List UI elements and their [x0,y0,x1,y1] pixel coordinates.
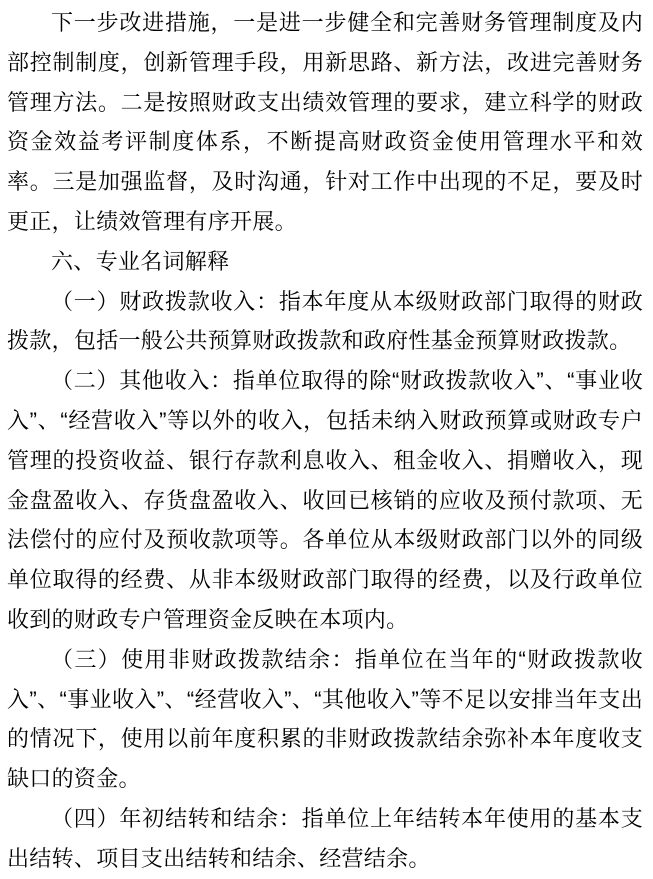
paragraph-term-other-income: （二）其他收入：指单位取得的除“财政拨款收入”、“事业收入”、“经营收入”等以外… [7,361,643,640]
paragraph-term-non-fiscal-balance-usage: （三）使用非财政拨款结余：指单位在当年的“财政拨款收入”、“事业收入”、“经营收… [7,640,643,799]
document-page: 下一步改进措施，一是进一步健全和完善财务管理制度及内部控制制度，创新管理手段，用… [0,0,653,879]
section-heading-glossary: 六、专业名词解释 [7,242,643,282]
paragraph-improvement-measures: 下一步改进措施，一是进一步健全和完善财务管理制度及内部控制制度，创新管理手段，用… [7,3,643,242]
paragraph-term-beginning-year-carryover: （四）年初结转和结余：指单位上年结转本年使用的基本支出结转、项目支出结转和结余、… [7,799,643,879]
paragraph-term-fiscal-appropriation-income: （一）财政拨款收入：指本年度从本级财政部门取得的财政拨款，包括一般公共预算财政拨… [7,282,643,362]
